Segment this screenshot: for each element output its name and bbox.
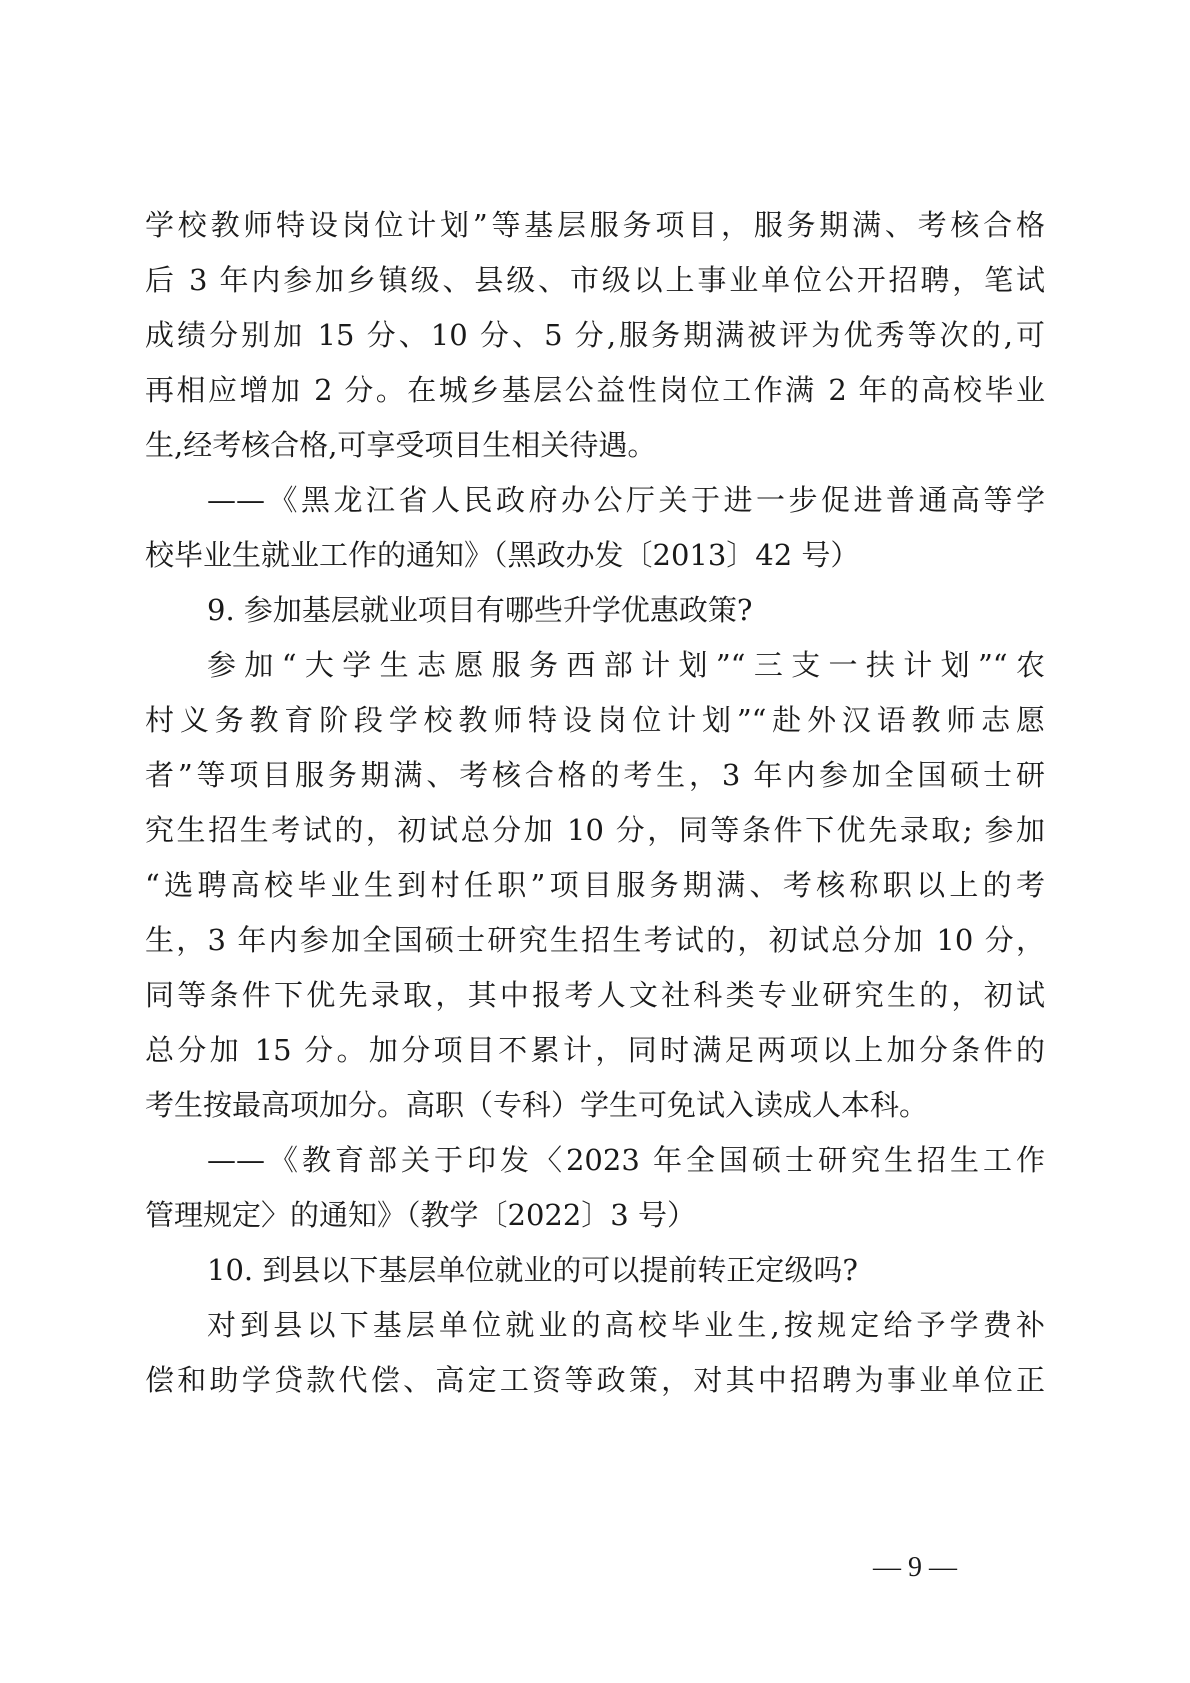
paragraph-line: 总分加 15 分。加分项目不累计，同时满足两项以上加分条件的 <box>145 1030 1045 1070</box>
paragraph-line: 究生招生考试的，初试总分加 10 分，同等条件下优先录取; 参加 <box>145 810 1045 850</box>
paragraph-line: 成绩分别加 15 分、10 分、5 分,服务期满被评为优秀等次的,可 <box>145 315 1045 355</box>
question-heading-10: 10. 到县以下基层单位就业的可以提前转正定级吗? <box>207 1250 1045 1290</box>
paragraph-line: 村义务教育阶段学校教师特设岗位计划”“赴外汉语教师志愿 <box>145 700 1045 740</box>
paragraph-line: 后 3 年内参加乡镇级、县级、市级以上事业单位公开招聘，笔试 <box>145 260 1045 300</box>
paragraph-line: 参加“大学生志愿服务西部计划”“三支一扶计划”“农 <box>207 645 1045 685</box>
paragraph-line: 偿和助学贷款代偿、高定工资等政策，对其中招聘为事业单位正 <box>145 1360 1045 1400</box>
paragraph-line: 再相应增加 2 分。在城乡基层公益性岗位工作满 2 年的高校毕业 <box>145 370 1045 410</box>
page-number: — 9 — <box>873 1550 957 1586</box>
citation-line: ——《黑龙江省人民政府办公厅关于进一步促进普通高等学 <box>207 480 1045 520</box>
paragraph-line: 同等条件下优先录取，其中报考人文社科类专业研究生的，初试 <box>145 975 1045 1015</box>
paragraph-line: 考生按最高项加分。高职（专科）学生可免试入读成人本科。 <box>145 1085 1045 1125</box>
paragraph-line: 者”等项目服务期满、考核合格的考生，3 年内参加全国硕士研 <box>145 755 1045 795</box>
document-page: 学校教师特设岗位计划”等基层服务项目，服务期满、考核合格 后 3 年内参加乡镇级… <box>0 0 1190 1683</box>
citation-line: ——《教育部关于印发〈2023 年全国硕士研究生招生工作 <box>207 1140 1045 1180</box>
citation-line: 管理规定〉的通知》（教学〔2022〕3 号） <box>145 1195 1045 1235</box>
citation-line: 校毕业生就业工作的通知》（黑政办发〔2013〕42 号） <box>145 535 1045 575</box>
paragraph-line: 生,经考核合格,可享受项目生相关待遇。 <box>145 425 1045 465</box>
paragraph-line: 对到县以下基层单位就业的高校毕业生,按规定给予学费补 <box>207 1305 1045 1345</box>
paragraph-line: 学校教师特设岗位计划”等基层服务项目，服务期满、考核合格 <box>145 205 1045 245</box>
paragraph-line: “选聘高校毕业生到村任职”项目服务期满、考核称职以上的考 <box>145 865 1045 905</box>
paragraph-line: 生，3 年内参加全国硕士研究生招生考试的，初试总分加 10 分， <box>145 920 1045 960</box>
question-heading-9: 9. 参加基层就业项目有哪些升学优惠政策? <box>207 590 1045 630</box>
